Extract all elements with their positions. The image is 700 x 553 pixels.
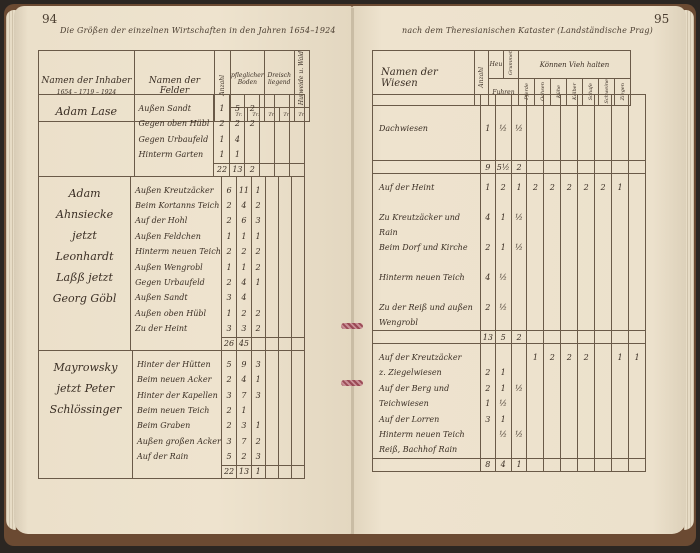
field-name: Außen Feldchen: [135, 229, 221, 244]
livestock-value: [595, 270, 611, 300]
livestock-col: 2: [578, 344, 595, 459]
livestock-col: [628, 174, 645, 331]
livestock-value: [578, 101, 594, 116]
pfleglich-value: 4: [237, 372, 250, 387]
field-name: Außen Wengrobl: [135, 260, 221, 275]
meadow-name: z. Ziegelwiesen: [379, 365, 480, 380]
owner-name: Adam Ahnsiecke jetzt Leonhardt Laßß jetz…: [39, 176, 131, 350]
meadow-group: Auf der Kreutzäckerz. ZiegelwiesenAuf de…: [372, 343, 646, 472]
count-value: 3: [481, 412, 495, 427]
liegend-value: 3: [252, 388, 265, 403]
total-count: 8: [480, 458, 495, 471]
liegend-value: [245, 132, 259, 147]
grummet-value: [512, 412, 527, 427]
field-name: Gegen Urbaufeld: [139, 132, 214, 147]
count-col: 1211: [214, 95, 230, 164]
total-pfleglich: 13: [230, 163, 245, 176]
owner-name: Adam Lase: [39, 95, 135, 177]
pfleglich-value: 9: [237, 357, 250, 372]
count-value: 2: [222, 244, 236, 259]
left-ledger-body: Adam Lase Außen SandtGegen oben HüblGege…: [38, 95, 305, 479]
pfleglich-col: 11461214423: [237, 176, 251, 337]
field-name: Hinter der Hütten: [137, 357, 221, 372]
group-total-row: 8 4 1: [373, 458, 646, 471]
pfleglich-col: 5241: [230, 95, 245, 164]
header-heu: Heu: [489, 51, 504, 79]
liegend-value: 1: [252, 275, 265, 290]
livestock-value: [527, 412, 543, 427]
livestock-value: [527, 210, 543, 240]
binding-stitch: [341, 323, 363, 329]
grummet-col: ½ ½: [511, 344, 527, 459]
livestock-value: [595, 412, 611, 427]
livestock-value: [578, 412, 594, 427]
total-liegend: [251, 337, 265, 350]
count-value: 2: [222, 403, 236, 418]
count-value: 1: [214, 147, 229, 162]
livestock-value: [578, 300, 594, 330]
liegend-value: 2: [252, 244, 265, 259]
pfleglich-value: 2: [237, 306, 250, 321]
page-number-right: 95: [654, 12, 669, 26]
livestock-value: [561, 381, 577, 396]
count-value: 1: [214, 101, 229, 116]
field-name: Hinterm Garten: [139, 147, 214, 162]
right-page-heading: nach dem Theresianischen Kataster (Lands…: [402, 26, 653, 35]
liegend-value: 2: [252, 321, 265, 336]
livestock-value: [527, 427, 543, 442]
heu-value: 1: [496, 365, 511, 380]
pfleglich-value: 6: [237, 213, 250, 228]
livestock-value: [629, 101, 645, 116]
count-value: 2: [214, 116, 229, 131]
livestock-col: [527, 95, 544, 161]
pfleglich-value: 11: [237, 183, 250, 198]
count-value: 5: [222, 449, 236, 464]
liegend-value: [245, 147, 259, 162]
pfleglich-value: 7: [237, 388, 250, 403]
count-value: 2: [222, 213, 236, 228]
field-name: Außen Sandt: [135, 290, 221, 305]
count-value: 2: [222, 372, 236, 387]
pfleglich-value: 4: [237, 198, 250, 213]
pfleglich-value: 2: [237, 244, 250, 259]
count-value: 4: [481, 270, 495, 300]
livestock-value: 2: [561, 180, 577, 210]
livestock-value: [629, 396, 645, 411]
livestock-value: [629, 270, 645, 300]
livestock-col: [628, 95, 645, 161]
meadow-group: Dachwiesen 1 ½ ½ 9 5½ 2: [372, 94, 646, 174]
field-name: Beim neuen Acker: [137, 372, 221, 387]
total-pfleglich: 45: [237, 337, 251, 350]
livestock-value: [629, 381, 645, 396]
total-heu: 5: [495, 331, 511, 344]
livestock-value: [544, 210, 560, 240]
heu-value: ½: [496, 396, 511, 411]
count-value: 4: [481, 210, 495, 240]
livestock-value: [629, 300, 645, 330]
livestock-col: [595, 344, 612, 459]
count-col: 2213: [480, 344, 495, 459]
livestock-value: [595, 427, 611, 442]
field-name: Hinterm neuen Teich: [135, 244, 221, 259]
count-col: 5232235: [221, 350, 236, 465]
livestock-value: [629, 240, 645, 270]
livestock-value: [561, 270, 577, 300]
field-name: Auf der Hohl: [135, 213, 221, 228]
heu-col: ½: [495, 95, 511, 161]
livestock-value: 1: [527, 350, 543, 365]
field-names: Außen KreutzäckerBeim Kortanns TeichAuf …: [131, 176, 222, 350]
livestock-value: [544, 365, 560, 380]
livestock-value: 2: [578, 180, 594, 210]
group-total-row: 9 5½ 2: [373, 161, 646, 174]
livestock-col: 2: [561, 344, 578, 459]
count-value: 1: [222, 229, 236, 244]
livestock-value: [612, 300, 628, 330]
livestock-value: [527, 396, 543, 411]
livestock-value: [578, 240, 594, 270]
livestock-value: [595, 240, 611, 270]
pfleglich-value: 4: [237, 290, 250, 305]
heu-value: 1: [496, 240, 511, 270]
owner-name: Mayrowsky jetzt Peter Schlössinger: [39, 350, 133, 478]
owner-group: Adam Lase Außen SandtGegen oben HüblGege…: [38, 94, 305, 177]
liegend-value: 2: [245, 101, 259, 116]
liegend-value: 3: [252, 449, 265, 464]
livestock-value: [578, 210, 594, 240]
total-heu: 4: [495, 458, 511, 471]
livestock-value: [595, 381, 611, 396]
liegend-value: 2: [252, 198, 265, 213]
livestock-value: [527, 240, 543, 270]
livestock-col: 2: [544, 344, 561, 459]
meadow-name: Zu der Reiß und außen Wengrobl: [379, 300, 480, 330]
total-heu: 5½: [495, 161, 511, 174]
livestock-value: [561, 240, 577, 270]
total-grummet: 2: [511, 161, 527, 174]
field-name: Beim Kortanns Teich: [135, 198, 221, 213]
livestock-value: 2: [527, 180, 543, 210]
pfleglich-value: 4: [230, 132, 244, 147]
heu-value: [496, 350, 511, 365]
liegend-value: 3: [252, 357, 265, 372]
livestock-value: [595, 210, 611, 240]
total-grummet: 1: [511, 458, 527, 471]
group-total-row: 13 5 2: [373, 331, 646, 344]
field-name: Gegen Urbaufeld: [135, 275, 221, 290]
pfleglich-value: 4: [237, 275, 250, 290]
count-value: 2: [481, 240, 495, 270]
grummet-value: [512, 365, 527, 380]
livestock-value: [544, 101, 560, 116]
grummet-value: ½: [512, 240, 527, 270]
livestock-col: 2: [595, 174, 612, 331]
livestock-value: [527, 381, 543, 396]
livestock-value: [612, 240, 628, 270]
meadow-name: Hinterm neuen Teich: [379, 427, 480, 442]
count-value: 2: [481, 365, 495, 380]
liegend-col: 313 123: [251, 350, 265, 465]
field-name: Beim Graben: [137, 418, 221, 433]
liegend-value: 2: [245, 116, 259, 131]
total-liegend: 1: [251, 465, 265, 478]
count-value: 5: [222, 357, 236, 372]
livestock-value: [544, 412, 560, 427]
livestock-value: [612, 210, 628, 240]
meadow-name: Beim Dorf und Kirche: [379, 240, 480, 270]
liegend-value: [252, 290, 265, 305]
grummet-value: [512, 270, 527, 300]
field-name: Außen Sandt: [139, 101, 214, 116]
grummet-value: [512, 350, 527, 365]
livestock-value: [561, 365, 577, 380]
livestock-value: [561, 101, 577, 116]
meadow-name: Hinterm neuen Teich: [379, 270, 480, 300]
count-value: 1: [481, 121, 495, 136]
livestock-value: 2: [595, 180, 611, 210]
livestock-value: [595, 350, 611, 365]
header-grummet: Grummet: [504, 51, 519, 79]
livestock-col: [595, 95, 612, 161]
heu-col: 11½1½: [495, 344, 511, 459]
meadow-names: Auf der HeintZu Kreutzäcker und RainBeim…: [373, 174, 481, 331]
count-value: 1: [214, 132, 229, 147]
livestock-value: [629, 427, 645, 442]
livestock-value: 2: [544, 180, 560, 210]
liegend-value: 2: [252, 306, 265, 321]
grummet-col: ½: [511, 95, 527, 161]
livestock-value: [561, 300, 577, 330]
livestock-value: [544, 381, 560, 396]
livestock-value: [561, 412, 577, 427]
count-col: 14242: [480, 174, 495, 331]
total-grummet: 2: [511, 331, 527, 344]
pfleglich-value: 5: [230, 101, 244, 116]
livestock-value: 1: [612, 180, 628, 210]
meadow-name: Auf der Kreutzäcker: [379, 350, 480, 365]
livestock-value: [527, 270, 543, 300]
pfleglich-value: 1: [230, 147, 244, 162]
count-value: 3: [222, 434, 236, 449]
livestock-col: [561, 95, 578, 161]
count-value: 1: [222, 260, 236, 275]
count-value: 1: [481, 396, 495, 411]
livestock-col: 2: [578, 174, 595, 331]
count-value: 2: [481, 381, 495, 396]
livestock-value: [629, 412, 645, 427]
total-count: 22: [221, 465, 236, 478]
heu-value: 1: [496, 210, 511, 240]
count-value: 3: [222, 321, 236, 336]
owner-group: Mayrowsky jetzt Peter Schlössinger Hinte…: [38, 350, 305, 479]
heu-value: ½: [496, 427, 511, 442]
liegend-col: 1231221 22: [251, 176, 265, 337]
grummet-value: ½: [512, 427, 527, 442]
right-ledger-body: Dachwiesen 1 ½ ½ 9 5½ 2 Auf der HeintZu …: [372, 95, 646, 472]
livestock-value: 1: [629, 350, 645, 365]
count-value: 3: [222, 388, 236, 403]
livestock-value: [561, 210, 577, 240]
count-value: 2: [222, 418, 236, 433]
livestock-col: 1: [527, 344, 544, 459]
binding-stitch: [341, 380, 363, 386]
livestock-value: [527, 365, 543, 380]
livestock-value: [595, 101, 611, 116]
livestock-value: [561, 396, 577, 411]
liegend-value: 1: [252, 229, 265, 244]
livestock-value: [595, 365, 611, 380]
livestock-value: [612, 365, 628, 380]
livestock-value: [629, 210, 645, 240]
field-names: Außen SandtGegen oben HüblGegen Urbaufel…: [134, 95, 214, 177]
grummet-col: 1½½: [511, 174, 527, 331]
meadow-names: Dachwiesen: [373, 95, 481, 161]
livestock-value: [595, 396, 611, 411]
page-number-left: 94: [42, 12, 57, 26]
livestock-value: [629, 180, 645, 210]
liegend-value: 1: [252, 372, 265, 387]
count-col: 1: [480, 95, 495, 161]
grummet-value: ½: [512, 121, 527, 136]
book-gutter: [351, 8, 354, 534]
livestock-value: [578, 365, 594, 380]
livestock-value: [578, 396, 594, 411]
total-count: 26: [221, 337, 236, 350]
pfleglich-value: 1: [237, 260, 250, 275]
liegend-value: 3: [252, 213, 265, 228]
livestock-value: 1: [612, 350, 628, 365]
count-value: [481, 427, 495, 442]
livestock-value: 2: [561, 350, 577, 365]
liegend-value: 2: [252, 434, 265, 449]
livestock-value: [578, 270, 594, 300]
count-value: 6: [222, 183, 236, 198]
liegend-value: [252, 403, 265, 418]
livestock-col: [544, 95, 561, 161]
livestock-value: [527, 300, 543, 330]
meadow-name: Auf der Heint: [379, 180, 480, 210]
grummet-value: [512, 300, 527, 330]
livestock-value: [612, 427, 628, 442]
livestock-value: [578, 427, 594, 442]
livestock-col: 2: [527, 174, 544, 331]
livestock-value: [612, 412, 628, 427]
total-pfleglich: 13: [237, 465, 251, 478]
left-page-heading: Die Größen der einzelnen Wirtschaften in…: [60, 26, 336, 35]
heu-value: 1: [496, 381, 511, 396]
pfleglich-col: 9471372: [237, 350, 251, 465]
meadow-group: Auf der HeintZu Kreutzäcker und RainBeim…: [372, 173, 646, 344]
livestock-col: [612, 95, 629, 161]
field-name: Zu der Heint: [135, 321, 221, 336]
meadow-name: Auf der Lorren: [379, 412, 480, 427]
liegend-value: 1: [252, 183, 265, 198]
livestock-value: [612, 381, 628, 396]
livestock-value: [629, 365, 645, 380]
field-name: Beim neuen Teich: [137, 403, 221, 418]
heu-value: 1: [496, 412, 511, 427]
livestock-value: [595, 300, 611, 330]
grummet-value: 1: [512, 180, 527, 210]
livestock-value: [561, 427, 577, 442]
heu-col: 211½½: [495, 174, 511, 331]
heu-value: ½: [496, 300, 511, 330]
livestock-value: [544, 300, 560, 330]
livestock-value: [612, 396, 628, 411]
field-names: Hinter der HüttenBeim neuen AckerHinter …: [132, 350, 221, 478]
total-liegend: 2: [245, 163, 260, 176]
pfleglich-value: 7: [237, 434, 250, 449]
livestock-value: [544, 270, 560, 300]
field-name: Außen oben Hübl: [135, 306, 221, 321]
count-value: 2: [222, 275, 236, 290]
pfleglich-value: 2: [230, 116, 244, 131]
field-name: Außen großen Acker: [137, 434, 221, 449]
livestock-col: 1: [628, 344, 645, 459]
pfleglich-value: 3: [237, 418, 250, 433]
count-value: 3: [222, 290, 236, 305]
livestock-value: [527, 101, 543, 116]
livestock-col: 2: [561, 174, 578, 331]
grummet-value: [512, 396, 527, 411]
count-value: 2: [222, 198, 236, 213]
livestock-value: 2: [544, 350, 560, 365]
count-value: 1: [222, 306, 236, 321]
field-name: Auf der Rain: [137, 449, 221, 464]
heu-value: ½: [496, 121, 511, 136]
header-livestock-group: Können Vieh halten: [519, 51, 631, 79]
heu-value: ½: [496, 270, 511, 300]
meadow-name: Zu Kreutzäcker und Rain: [379, 210, 480, 240]
field-name: Hinter der Kapellen: [137, 388, 221, 403]
livestock-value: [544, 240, 560, 270]
livestock-value: 2: [578, 350, 594, 365]
total-count: 9: [480, 161, 495, 174]
liegend-col: 22: [245, 95, 260, 164]
pfleglich-value: 1: [237, 403, 250, 418]
liegend-value: 2: [252, 260, 265, 275]
meadow-name: Auf der Berg und Teichwiesen: [379, 381, 480, 412]
grummet-value: ½: [512, 210, 527, 240]
livestock-col: 1: [612, 174, 629, 331]
meadow-name: Reiß, Bachhof Rain: [379, 442, 480, 457]
count-value: 1: [481, 180, 495, 210]
livestock-value: [612, 101, 628, 116]
field-name: Außen Kreutzäcker: [135, 183, 221, 198]
meadow-name: Dachwiesen: [379, 101, 480, 136]
field-name: Gegen oben Hübl: [139, 116, 214, 131]
pfleglich-value: 1: [237, 229, 250, 244]
livestock-col: 1: [612, 344, 629, 459]
livestock-value: [544, 396, 560, 411]
count-value: [481, 350, 495, 365]
livestock-col: [578, 95, 595, 161]
pfleglich-value: 2: [237, 449, 250, 464]
total-count: 13: [480, 331, 495, 344]
grummet-value: ½: [512, 381, 527, 396]
livestock-value: [544, 427, 560, 442]
liegend-value: 1: [252, 418, 265, 433]
livestock-value: [612, 270, 628, 300]
total-count: 22: [214, 163, 230, 176]
count-col: 6221212313: [221, 176, 236, 337]
owner-group: Adam Ahnsiecke jetzt Leonhardt Laßß jetz…: [38, 176, 305, 351]
livestock-value: [578, 381, 594, 396]
count-value: 2: [481, 300, 495, 330]
meadow-names: Auf der Kreutzäckerz. ZiegelwiesenAuf de…: [373, 344, 481, 459]
